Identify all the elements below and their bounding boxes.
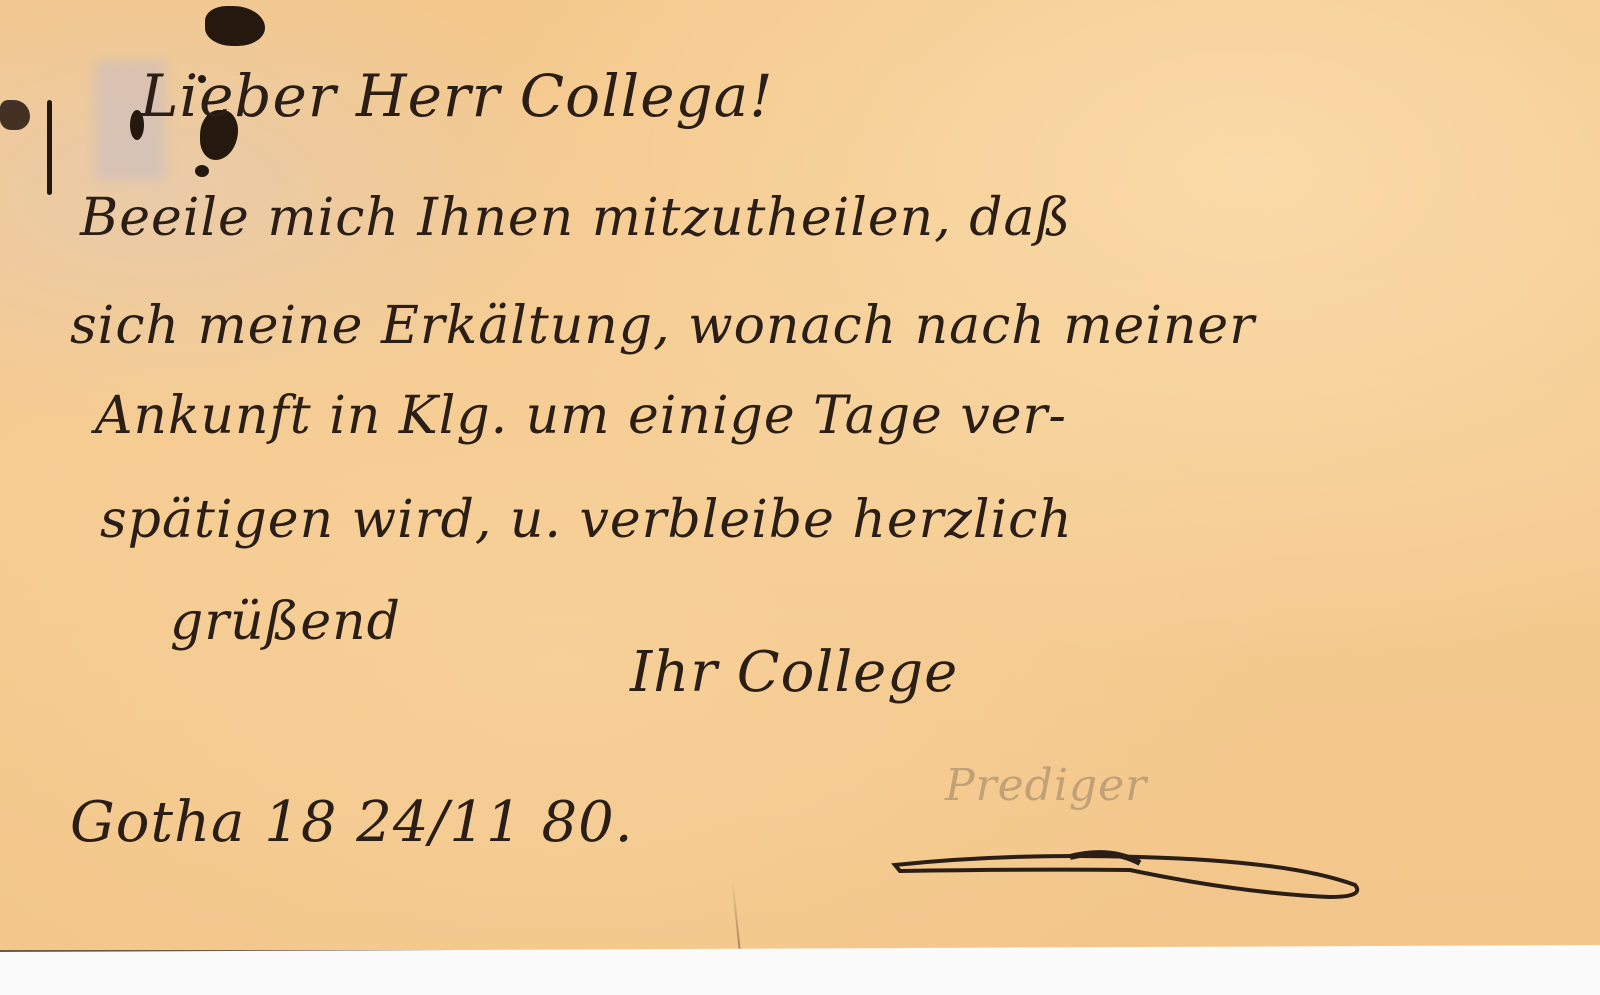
body-line: spätigen wird, u. verbleibe herzlich [100, 490, 1073, 550]
ink-blot [47, 100, 52, 195]
place-and-date: Gotha 18 24/11 80. [70, 790, 634, 855]
postcard: Lieber Herr Collega! Beeile mich Ihnen m… [0, 0, 1600, 952]
greeting: Lieber Herr Collega! [140, 62, 774, 130]
paper-crease [731, 880, 740, 950]
ink-blot [205, 6, 265, 46]
body-line: Beeile mich Ihnen mitzutheilen, daß [80, 188, 1071, 248]
ink-blot [0, 100, 30, 130]
closing-salutation: Ihr College [630, 640, 958, 705]
body-line: Ankunft in Klg. um einige Tage ver- [95, 386, 1067, 446]
ink-blot [195, 165, 209, 177]
body-line: sich meine Erkältung, wonach nach meiner [70, 296, 1255, 356]
signature-flourish-icon [890, 845, 1370, 905]
body-line: grüßend [170, 592, 401, 652]
faint-signature: Prediger [945, 760, 1147, 811]
